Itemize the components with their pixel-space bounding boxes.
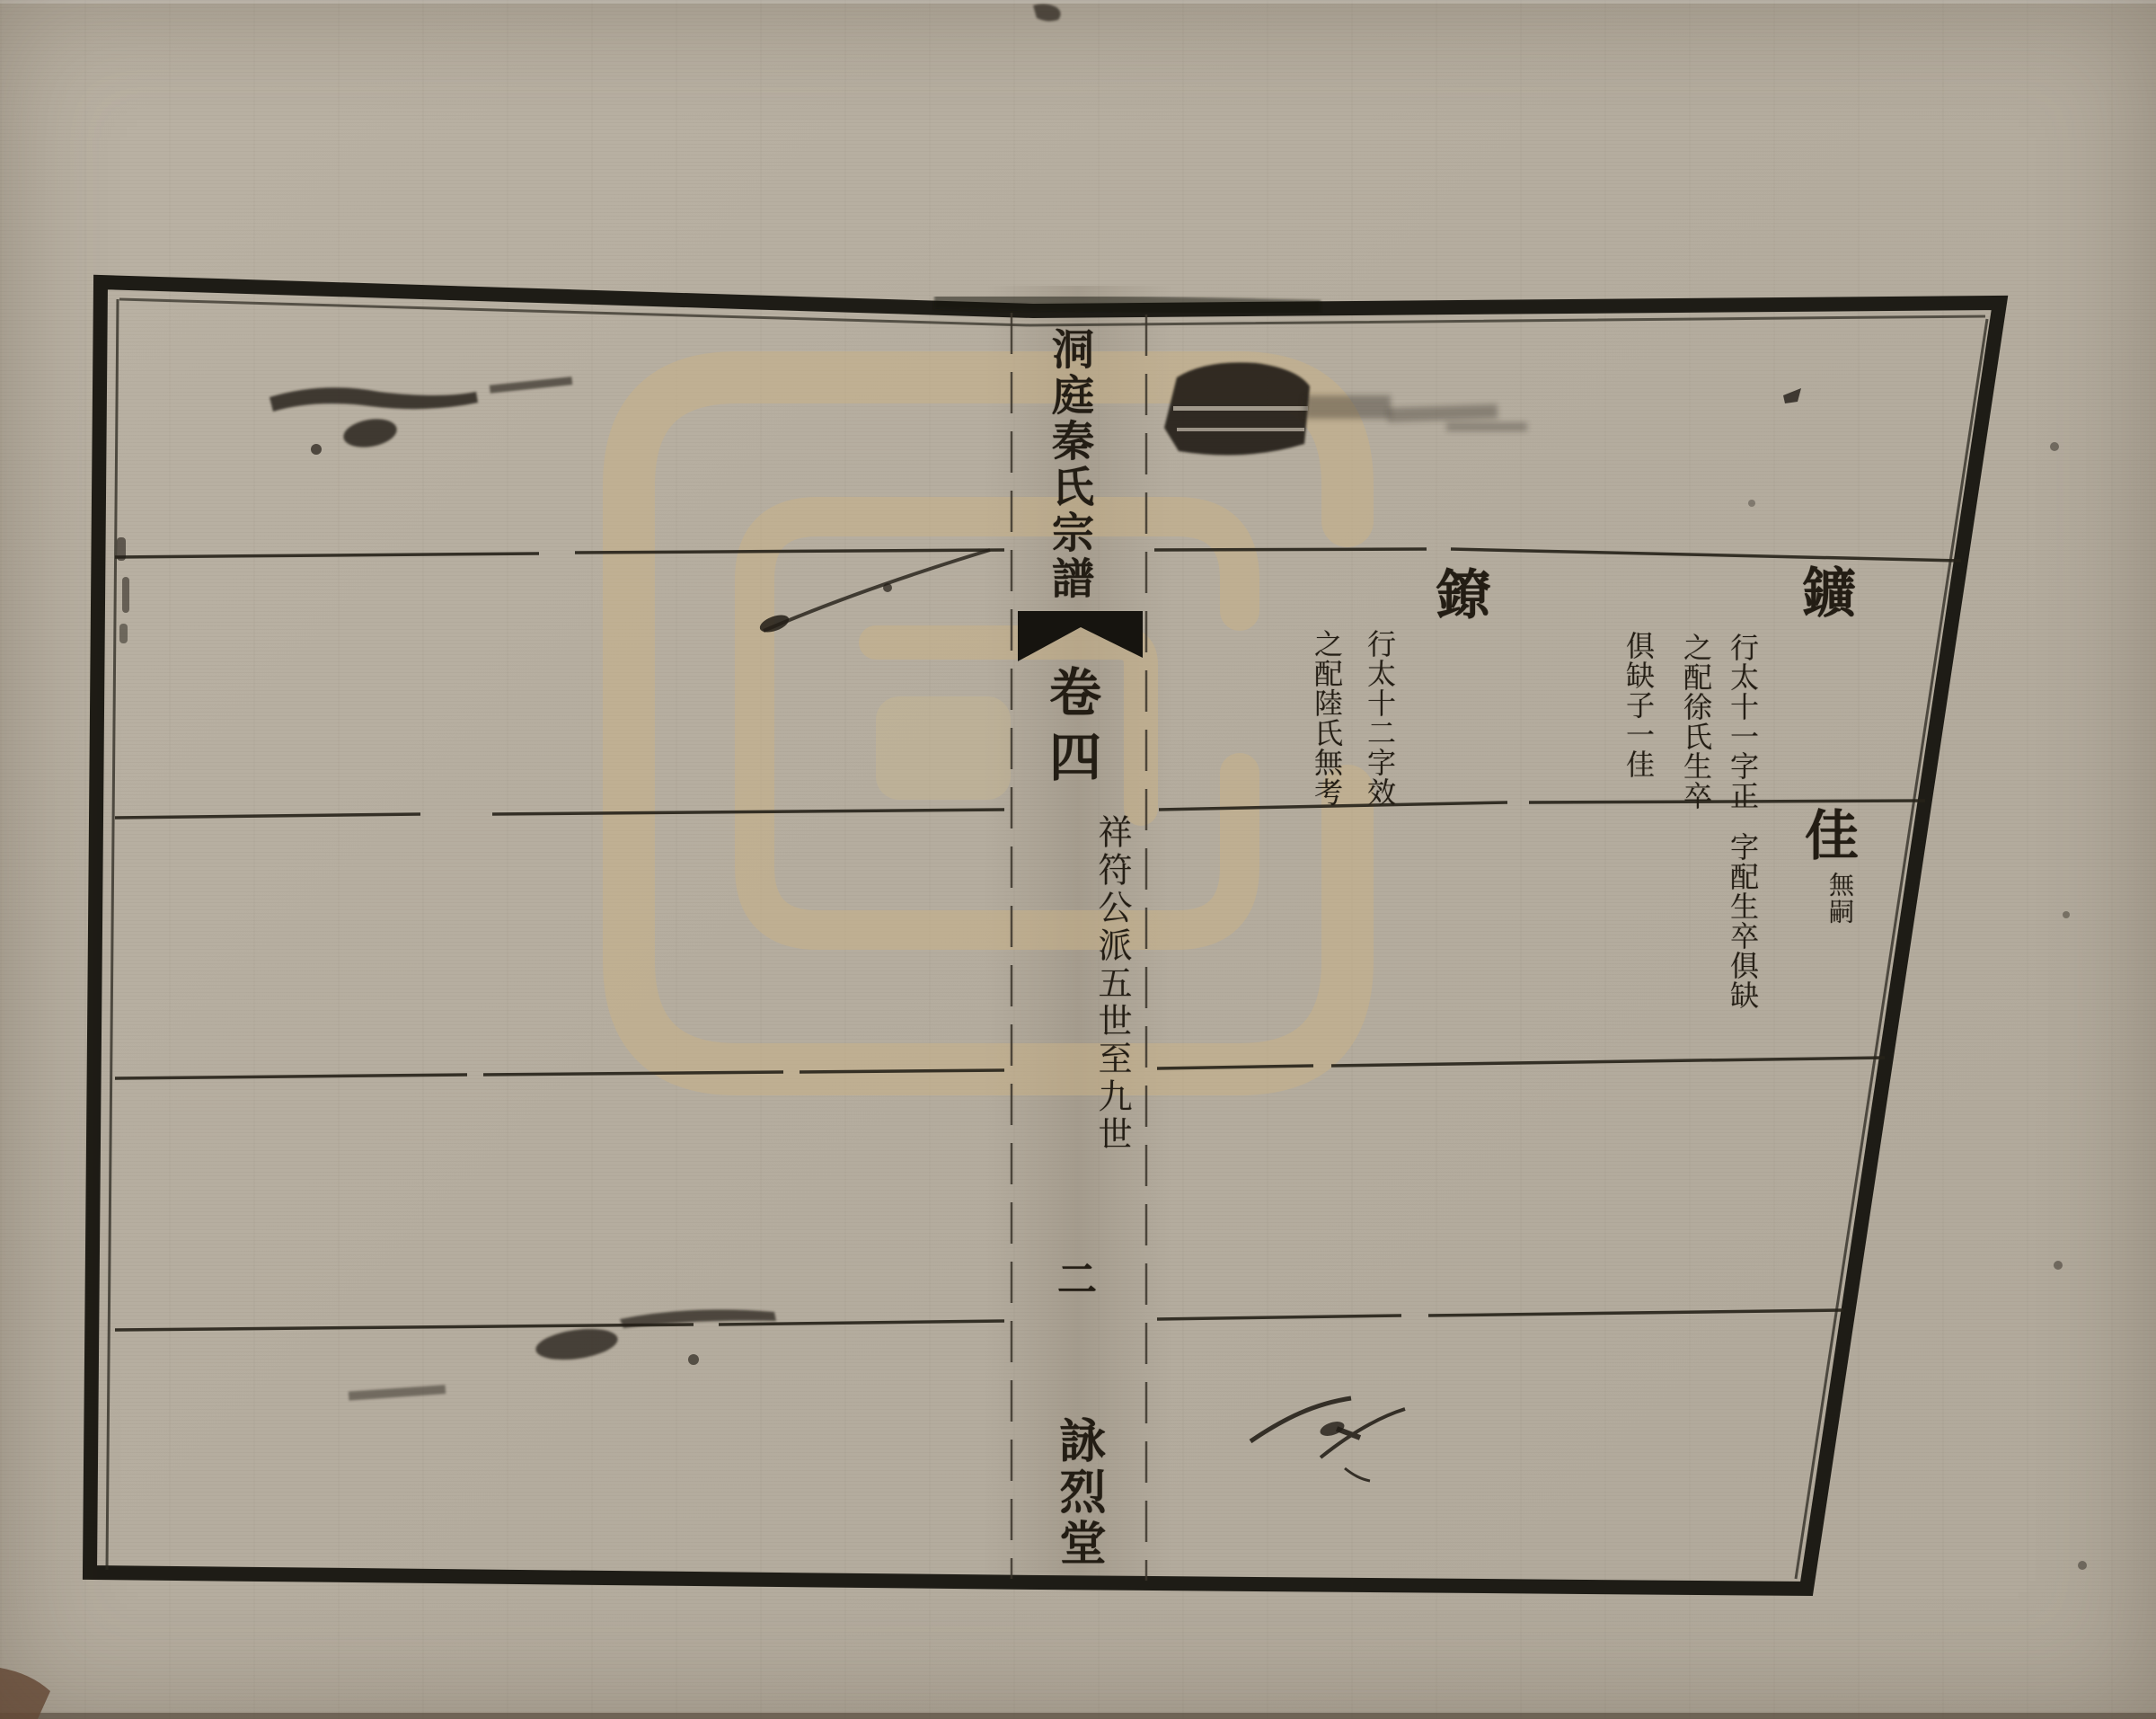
page-number: 二 [1053, 1258, 1092, 1298]
entry-name-kuang: 鑛 [1798, 564, 1851, 618]
inner-right-line [1796, 319, 1987, 1579]
section-range-label: 祥符公派五世至九世 [1095, 814, 1129, 1154]
volume-label: 卷四 [1045, 665, 1097, 794]
entry-liao-column-1: 行太十二字效 [1365, 629, 1394, 807]
spread-title: 洞庭秦氏宗譜 [1048, 327, 1091, 602]
entry-jia-column-1: 字配生卒俱缺 [1728, 832, 1757, 1010]
genealogy-scan-spread: 洞庭秦氏宗譜 卷四 祥符公派五世至九世 二 詠烈堂 鑛 行太十一字正 之配徐氏生… [0, 0, 2156, 1719]
entry-name-jia: 佳 [1800, 807, 1854, 861]
ink-smudges [117, 4, 2087, 1570]
hall-name: 詠烈堂 [1055, 1416, 1101, 1570]
entry-kuang-column-3: 俱缺子一佳 [1624, 631, 1653, 779]
smudged-top-border [934, 300, 1321, 309]
entry-jia-note: 無嗣 [1827, 872, 1852, 926]
watermark-logo [629, 377, 1347, 1069]
entry-liao-column-2: 之配陸氏無考 [1312, 629, 1341, 807]
inner-left-line [107, 299, 118, 1570]
entry-kuang-column-2: 之配徐氏生卒 [1682, 633, 1710, 811]
entry-name-liao: 鐐 [1432, 566, 1486, 620]
entry-kuang-column-1: 行太十一字正 [1728, 633, 1757, 811]
